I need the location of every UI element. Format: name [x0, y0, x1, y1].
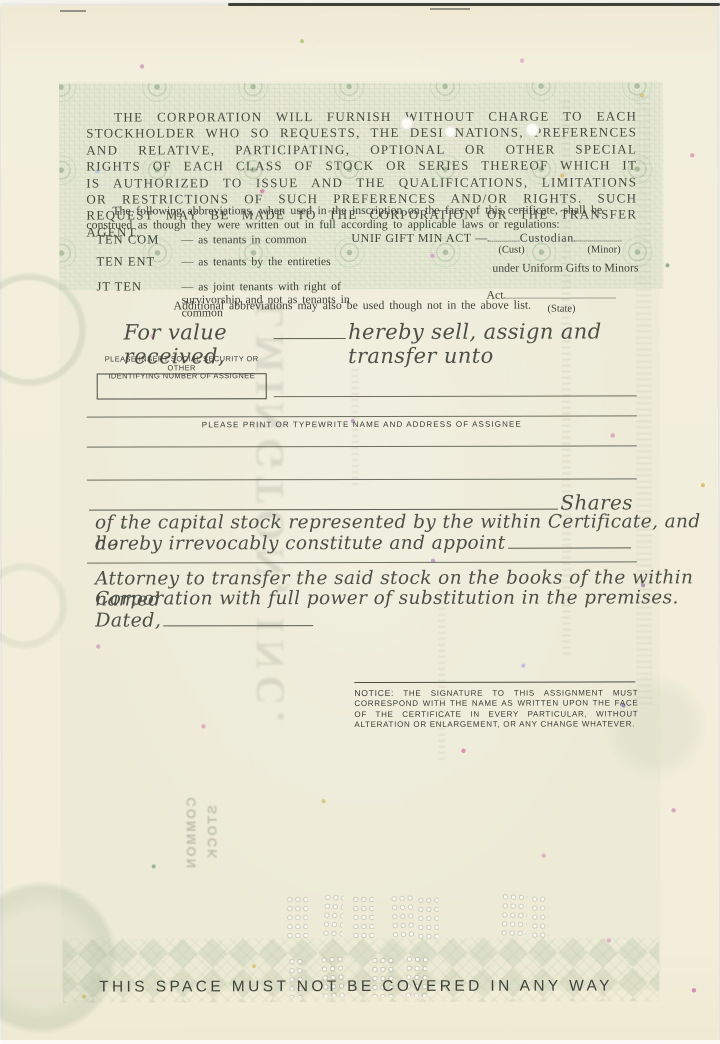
scan-edge-artifact — [60, 10, 86, 12]
punch-hole — [525, 123, 539, 137]
constitute-appoint-text: hereby irrevocably constitute and appoin… — [95, 533, 506, 555]
perforation-cluster — [531, 895, 549, 939]
scan-bottom-edge — [0, 1040, 720, 1044]
abbrev-definition: — as tenants in common — [181, 233, 306, 246]
ghost-common-word: COMMON — [184, 797, 199, 889]
minor-caption: (Minor) — [587, 244, 620, 255]
notice-label: NOTICE: — [354, 688, 394, 698]
dotted-leader — [574, 232, 622, 242]
punch-hole — [444, 126, 456, 138]
assignee-caption: PLEASE PRINT OR TYPEWRITE NAME AND ADDRE… — [87, 419, 637, 429]
additional-abbreviations-note: Additional abbreviations may also be use… — [174, 298, 532, 314]
perforation-cluster — [286, 895, 308, 939]
dated-row: Dated, — [95, 609, 315, 631]
ghost-stock-word: STOCK — [205, 805, 220, 881]
dated-blank-line — [163, 624, 313, 626]
ghost-microtext-strip — [635, 94, 652, 704]
capital-stock-line2-row: hereby irrevocably constitute and appoin… — [95, 532, 633, 554]
perforation-cluster — [500, 892, 527, 939]
custodian-word: Custodian — [520, 231, 574, 246]
abbreviations-intro: The following abbreviations, when used i… — [86, 203, 638, 231]
certificate-back-scan: LMINGTON, INC. COMMON STOCK THE CORPORAT… — [0, 0, 720, 1044]
scan-edge-artifact — [228, 3, 720, 6]
cust-caption: (Cust) — [498, 245, 524, 256]
perforation-cluster — [417, 896, 439, 939]
scan-edge-artifact — [430, 8, 470, 10]
appoint-blank-line — [508, 546, 631, 548]
ghost-microtext-strip — [438, 590, 445, 760]
ssn-instruction-line1: PLEASE INSERT SOCIAL SECURITY OR OTHER — [95, 355, 269, 373]
ssn-box — [97, 373, 267, 399]
notice-block: NOTICE: THE SIGNATURE TO THIS ASSIGNMENT… — [354, 687, 638, 730]
state-caption: (State) — [548, 304, 576, 315]
blank-line — [274, 337, 346, 339]
perforation-cluster — [352, 895, 374, 939]
notice-body: THE SIGNATURE TO THIS ASSIGNMENT MUST CO… — [354, 688, 638, 729]
perforation-cluster — [322, 893, 344, 940]
unif-gift-label: UNIF GIFT MIN ACT — — [351, 231, 487, 246]
under-uniform-gifts-line: under Uniform Gifts to Minors — [351, 260, 638, 276]
perforation-cluster — [390, 894, 415, 940]
abbrev-term: JT TEN — [96, 279, 142, 294]
sell-assign-transfer-text: hereby sell, assign and transfer unto — [348, 319, 633, 368]
unif-gift-min-act-block: UNIF GIFT MIN ACT — Custodian (Cust) (Mi… — [351, 230, 638, 303]
paper-speckles — [1, 6, 3, 8]
dated-word: Dated, — [95, 609, 161, 631]
footer-instruction: THIS SPACE MUST NOT BE COVERED IN ANY WA… — [33, 977, 679, 996]
abbrev-term: TEN ENT — [96, 254, 155, 269]
dotted-leader — [488, 232, 520, 242]
abbrev-definition: — as tenants by the entireties — [181, 255, 330, 268]
paper-sheet: LMINGTON, INC. COMMON STOCK THE CORPORAT… — [1, 4, 719, 1043]
attorney-line2: Corporation with full power of substitut… — [95, 587, 679, 609]
shares-blank-line — [89, 508, 558, 511]
punch-hole — [400, 117, 413, 130]
abbrev-term: TEN COM — [96, 232, 159, 247]
